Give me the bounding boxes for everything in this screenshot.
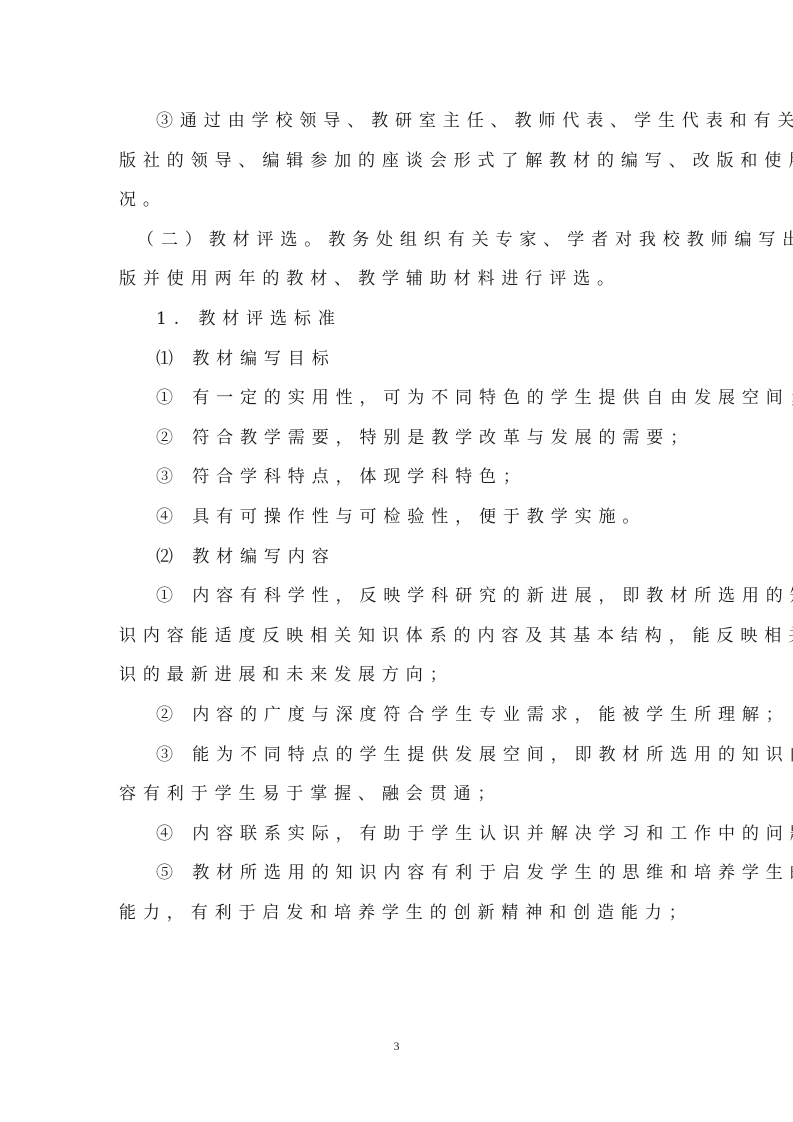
list-item: ① 内容有科学性，反映学科研究的新进展，即教材所选用的知 <box>119 577 675 617</box>
paragraph-line: 版社的领导、编辑参加的座谈会形式了解教材的编写、改版和使用情 <box>119 142 675 182</box>
paragraph-line: 况。 <box>119 181 675 221</box>
paragraph-line: 容有利于学生易于掌握、融会贯通； <box>119 775 675 815</box>
list-item: ④ 内容联系实际，有助于学生认识并解决学习和工作中的问题； <box>119 815 675 855</box>
subheading-writing-content: ⑵ 教材编写内容 <box>119 538 675 578</box>
list-item: ② 内容的广度与深度符合学生专业需求，能被学生所理解； <box>119 696 675 736</box>
list-item: ② 符合教学需要，特别是教学改革与发展的需要； <box>119 419 675 459</box>
list-item: ⑤ 教材所选用的知识内容有利于启发学生的思维和培养学生的 <box>119 854 675 894</box>
list-item: ③ 符合学科特点，体现学科特色； <box>119 458 675 498</box>
subheading-writing-goals: ⑴ 教材编写目标 <box>119 340 675 380</box>
paragraph-line: 识内容能适度反映相关知识体系的内容及其基本结构，能反映相关知 <box>119 617 675 657</box>
paragraph-line: 版并使用两年的教材、教学辅助材料进行评选。 <box>119 260 675 300</box>
document-page: ③通过由学校领导、教研室主任、教师代表、学生代表和有关出 版社的领导、编辑参加的… <box>0 0 793 1122</box>
paragraph-line: 识的最新进展和未来发展方向； <box>119 656 675 696</box>
page-body: ③通过由学校领导、教研室主任、教师代表、学生代表和有关出 版社的领导、编辑参加的… <box>119 102 675 933</box>
paragraph-line-item3-feedback: ③通过由学校领导、教研室主任、教师代表、学生代表和有关出 <box>119 102 675 142</box>
list-item: ① 有一定的实用性，可为不同特色的学生提供自由发展空间； <box>119 379 675 419</box>
paragraph-line: 能力，有利于启发和培养学生的创新精神和创造能力； <box>119 894 675 934</box>
subheading-evaluation-criteria: 1. 教材评选标准 <box>119 300 675 340</box>
list-item: ④ 具有可操作性与可检验性，便于教学实施。 <box>119 498 675 538</box>
section-heading-textbook-selection: （二）教材评选。教务处组织有关专家、学者对我校教师编写出 <box>119 221 675 261</box>
page-number: 3 <box>0 1039 793 1054</box>
list-item: ③ 能为不同特点的学生提供发展空间，即教材所选用的知识内 <box>119 736 675 776</box>
